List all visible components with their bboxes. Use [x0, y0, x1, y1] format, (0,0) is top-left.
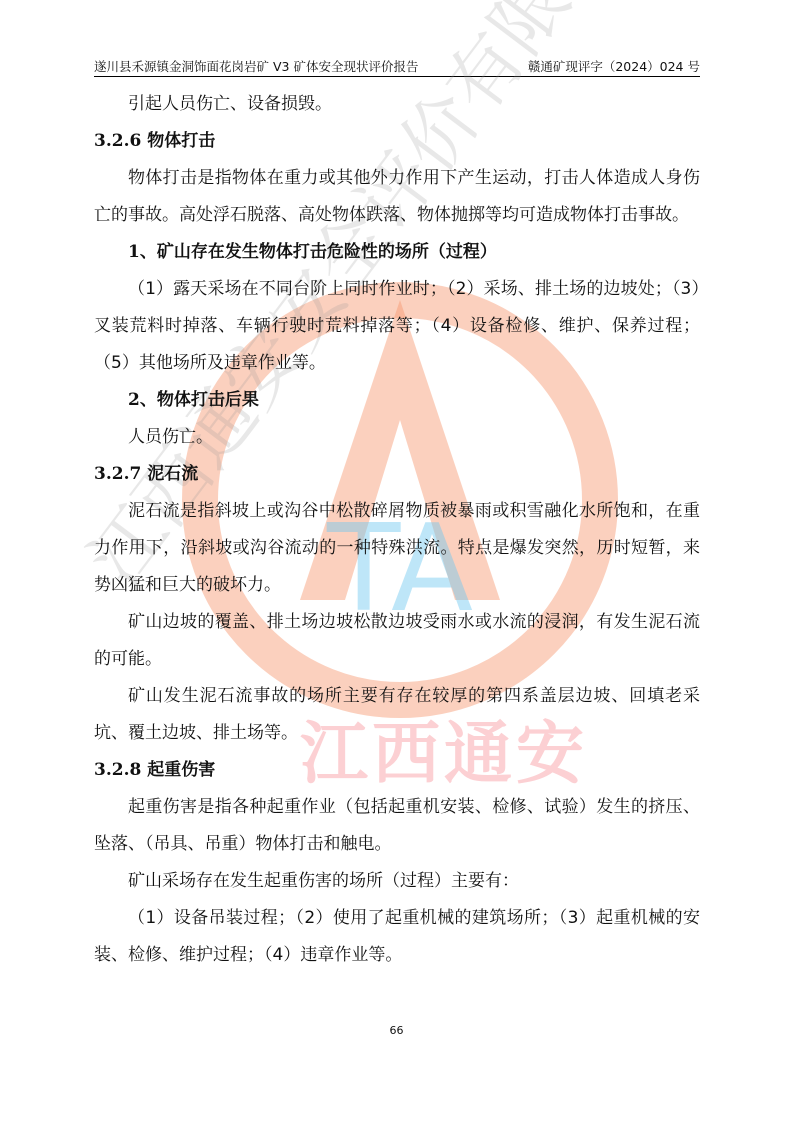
paragraph: 矿山发生泥石流事故的场所主要有存在较厚的第四系盖层边坡、回填老采坑、覆土边坡、排…	[94, 678, 700, 752]
subheading: 1、矿山存在发生物体打击危险性的场所（过程）	[94, 234, 700, 271]
page-number: 66	[0, 1024, 793, 1037]
subheading: 2、物体打击后果	[94, 382, 700, 419]
paragraph: 矿山采场存在发生起重伤害的场所（过程）主要有：	[94, 863, 700, 900]
page-header: 遂川县禾源镇金洞饰面花岗岩矿 V3 矿体安全现状评价报告 赣通矿现评字（2024…	[94, 56, 700, 77]
report-number: 赣通矿现评字（2024）024 号	[528, 57, 700, 75]
paragraph: 人员伤亡。	[94, 419, 700, 456]
paragraph: 引起人员伤亡、设备损毁。	[94, 86, 700, 123]
paragraph: 泥石流是指斜坡上或沟谷中松散碎屑物质被暴雨或积雪融化水所饱和，在重力作用下，沿斜…	[94, 493, 700, 604]
section-heading-3-2-6: 3.2.6 物体打击	[94, 123, 700, 160]
report-title: 遂川县禾源镇金洞饰面花岗岩矿 V3 矿体安全现状评价报告	[94, 57, 418, 75]
paragraph: 矿山边坡的覆盖、排土场边坡松散边坡受雨水或水流的浸润，有发生泥石流的可能。	[94, 604, 700, 678]
section-heading-3-2-7: 3.2.7 泥石流	[94, 456, 700, 493]
document-body: 引起人员伤亡、设备损毁。 3.2.6 物体打击 物体打击是指物体在重力或其他外力…	[94, 86, 700, 974]
paragraph: 起重伤害是指各种起重作业（包括起重机安装、检修、试验）发生的挤压、坠落、（吊具、…	[94, 789, 700, 863]
paragraph: （1）设备吊装过程；（2）使用了起重机械的建筑场所；（3）起重机械的安装、检修、…	[94, 900, 700, 974]
section-heading-3-2-8: 3.2.8 起重伤害	[94, 752, 700, 789]
paragraph: 物体打击是指物体在重力或其他外力作用下产生运动，打击人体造成人身伤亡的事故。高处…	[94, 160, 700, 234]
paragraph: （1）露天采场在不同台阶上同时作业时；（2）采场、排土场的边坡处；（3）叉装荒料…	[94, 271, 700, 382]
